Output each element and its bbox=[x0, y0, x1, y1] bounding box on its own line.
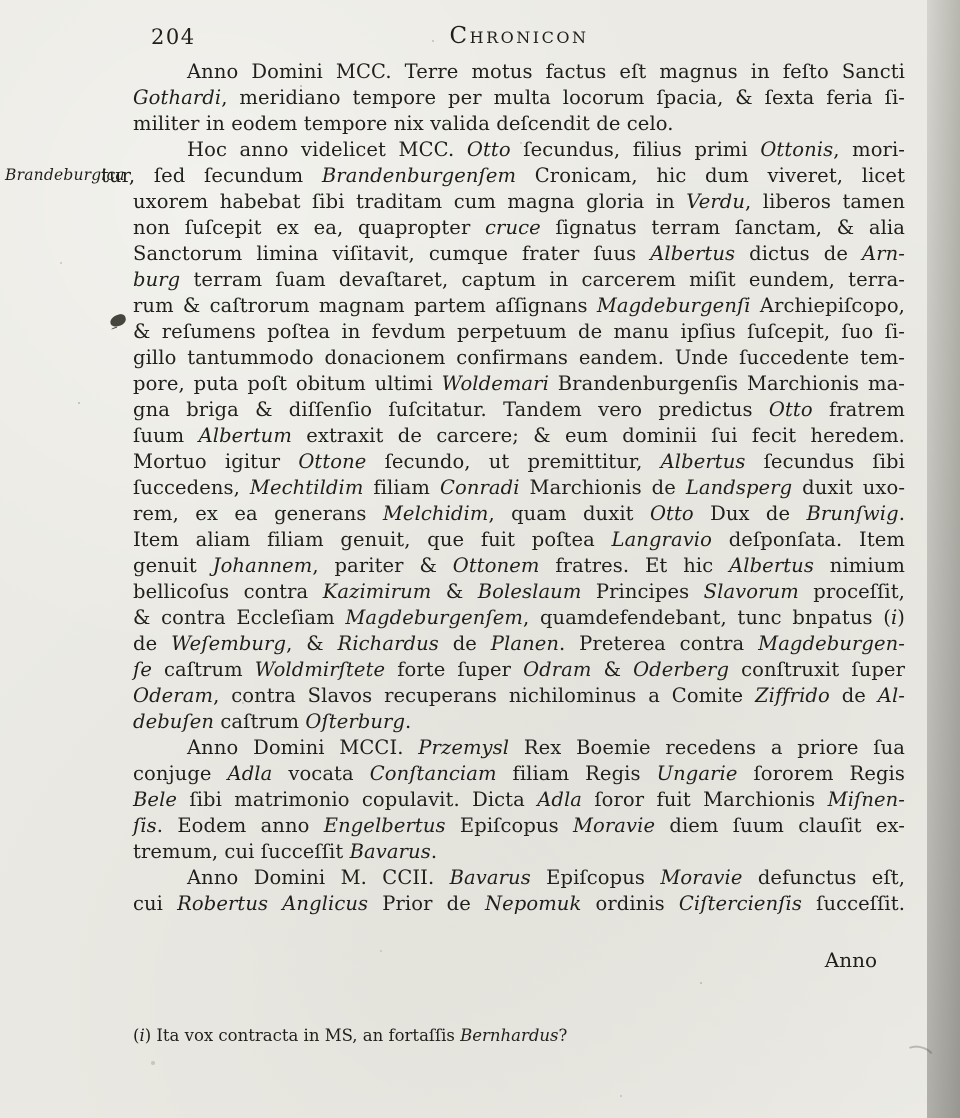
running-title: Chronicon bbox=[133, 23, 905, 49]
text-line: tremum, cui ſucceſſit Bavarus. bbox=[133, 839, 905, 865]
text-line: debuſen caſtrum Oſterburg. bbox=[133, 709, 905, 735]
text-line: Hoc anno videlicet MCC. Otto ſecundus, f… bbox=[133, 137, 905, 163]
ink-blot-mark bbox=[109, 313, 128, 328]
text-line: rem, ex ea generans Melchidim, quam duxi… bbox=[133, 501, 905, 527]
text-line: ſuccedens, Mechtildim filiam Conradi Mar… bbox=[133, 475, 905, 501]
text-line: Anno Domini MCC. Terre motus factus eſt … bbox=[133, 59, 905, 85]
text-line: pore, puta poſt obitum ultimi Woldemari … bbox=[133, 371, 905, 397]
catchword: Anno bbox=[133, 948, 905, 972]
text-line: conjuge Adla vocata Conſtanciam filiam R… bbox=[133, 761, 905, 787]
text-line: non ſuſcepit ex ea, quapropter cruce ſig… bbox=[133, 215, 905, 241]
paragraph: Anno Domini MCCI. Przemysl Rex Boemie re… bbox=[133, 735, 905, 865]
paragraph: Hoc anno videlicet MCC. Otto ſecundus, f… bbox=[133, 137, 905, 735]
text-line: de Weſemburg, & Richardus de Planen. Pre… bbox=[133, 631, 905, 657]
scan-specks bbox=[0, 0, 2, 2]
text-line: Bele ſibi matrimonio copulavit. Dicta Ad… bbox=[133, 787, 905, 813]
text-line: uxorem habebat ſibi traditam cum magna g… bbox=[133, 189, 905, 215]
text-line: Anno Domini MCCI. Przemysl Rex Boemie re… bbox=[133, 735, 905, 761]
text-line: Oderam, contra Slavos recuperans nichilo… bbox=[133, 683, 905, 709]
text-line: bellicoſus contra Kazimirum & Boleslaum … bbox=[133, 579, 905, 605]
text-line: Sanctorum limina viſitavit, cumque frate… bbox=[133, 241, 905, 267]
text-line: militer in eodem tempore nix valida deſc… bbox=[133, 111, 905, 137]
page-body: Anno Domini MCC. Terre motus factus eſt … bbox=[133, 59, 905, 917]
text-line: tur, ſed ſecundum Brandenburgenſem Croni… bbox=[101, 163, 905, 189]
text-line: burg terram ſuam devaſtaret, captum in c… bbox=[133, 267, 905, 293]
footnote: (i) Ita vox contracta in MS, an fortaſſi… bbox=[133, 1026, 567, 1045]
paragraph: Anno Domini MCC. Terre motus factus eſt … bbox=[133, 59, 905, 137]
text-line: ſis. Eodem anno Engelbertus Epiſcopus Mo… bbox=[133, 813, 905, 839]
text-line: Mortuo igitur Ottone ſecundo, ut premitt… bbox=[133, 449, 905, 475]
paragraph: Anno Domini M. CCII. Bavarus Epiſcopus M… bbox=[133, 865, 905, 917]
text-line: Gothardi, meridiano tempore per multa lo… bbox=[133, 85, 905, 111]
scan-edge-shadow bbox=[927, 0, 960, 1118]
text-line: gillo tantummodo donacionem confirmans e… bbox=[133, 345, 905, 371]
text-line: rum & caſtrorum magnam partem aſſignans … bbox=[133, 293, 905, 319]
text-line: ſe caſtrum Woldmirſtete forte ſuper Odra… bbox=[133, 657, 905, 683]
text-line: genuit Johannem, pariter & Ottonem fratr… bbox=[133, 553, 905, 579]
scan-page: 204 Chronicon Brandeburgica Anno Domini … bbox=[0, 0, 960, 1118]
text-line: gna briga & diſſenſio ſuſcitatur. Tandem… bbox=[133, 397, 905, 423]
text-line: cui Robertus Anglicus Prior de Nepomuk o… bbox=[133, 891, 905, 917]
text-line: Item aliam filiam genuit, que fuit poſte… bbox=[133, 527, 905, 553]
text-line: Anno Domini M. CCII. Bavarus Epiſcopus M… bbox=[133, 865, 905, 891]
text-line: ſuum Albertum extraxit de carcere; & eum… bbox=[133, 423, 905, 449]
text-line: & reſumens poſtea in fevdum perpetuum de… bbox=[133, 319, 905, 345]
text-line: & contra Eccleſiam Magdeburgenſem, quamd… bbox=[133, 605, 905, 631]
